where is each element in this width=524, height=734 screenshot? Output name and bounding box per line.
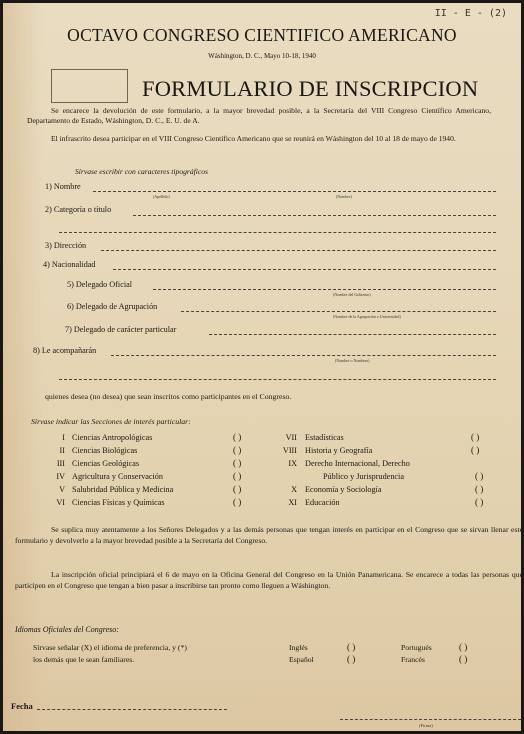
section-name: Salubridad Pública y Medicina — [72, 485, 173, 494]
categoria-label: 2) Categoría o título — [45, 205, 111, 214]
language-option-ingles: Inglés — [289, 643, 308, 652]
section-row: IX Derecho Internacional, Derecho — [275, 459, 497, 472]
acompanaran-input-line[interactable] — [111, 355, 496, 356]
nombre-input-line[interactable] — [93, 191, 496, 192]
languages-instruction-line-1: Sírvase señalar (X) el idioma de prefere… — [33, 643, 187, 652]
section-checkbox[interactable]: ( ) — [471, 445, 479, 455]
notes-paragraph-1: Se suplica muy atentamente a los Señores… — [15, 524, 521, 546]
section-number: I — [33, 433, 65, 442]
office-use-box — [51, 69, 128, 103]
section-number: III — [33, 459, 65, 468]
section-row: V Salubridad Pública y Medicina ( ) — [33, 485, 255, 498]
form-title: FORMULARIO DE INSCRIPCION — [142, 76, 478, 102]
section-name: Estadísticas — [305, 433, 344, 442]
fecha-input-line[interactable] — [37, 709, 227, 710]
sections-left-column: I Ciencias Antropológicas ( ) II Ciencia… — [33, 433, 255, 511]
section-name: Economía y Sociología — [305, 485, 381, 494]
intro-paragraph-2: El infrascrito desea participar en el VI… — [27, 134, 491, 144]
acompanaran-input-line-2[interactable] — [59, 379, 496, 380]
categoria-input-line-2[interactable] — [59, 232, 496, 233]
section-number: VII — [275, 433, 297, 442]
fecha-label: Fecha — [11, 701, 33, 711]
nacionalidad-label: 4) Nacionalidad — [43, 260, 96, 269]
categoria-input-line[interactable] — [133, 215, 496, 216]
acompanaran-sublabel: (Nombre o Nombres) — [335, 358, 369, 363]
section-name: Historia y Geografía — [305, 446, 372, 455]
section-number: II — [33, 446, 65, 455]
nombre-sublabel-apellido: (Apellido) — [153, 194, 170, 199]
delegado-agrupacion-input-line[interactable] — [181, 311, 496, 312]
delegado-agrupacion-label: 6) Delegado de Agrupación — [67, 302, 157, 311]
delegado-oficial-label: 5) Delegado Oficial — [67, 280, 132, 289]
section-row: VIII Historia y Geografía ( ) — [275, 446, 497, 459]
direccion-input-line[interactable] — [101, 250, 496, 251]
section-name: Educación — [305, 498, 340, 507]
section-checkbox[interactable]: ( ) — [233, 445, 241, 455]
delegado-particular-input-line[interactable] — [209, 334, 496, 335]
section-number: V — [33, 485, 65, 494]
acompanaran-label: 8) Le acompañarán — [33, 346, 96, 355]
languages-instruction-line-2: los demás que le sean familiares. — [33, 655, 134, 664]
delegado-agrupacion-sublabel: (Nombre de la Agrupación o Universidad) — [333, 314, 401, 319]
section-name: Agricultura y Conservación — [72, 472, 163, 481]
section-number: VI — [33, 498, 65, 507]
section-number: X — [275, 485, 297, 494]
section-checkbox[interactable]: ( ) — [233, 497, 241, 507]
congress-title: OCTAVO CONGRESO CIENTIFICO AMERICANO — [3, 25, 521, 46]
section-row: III Ciencias Geológicas ( ) — [33, 459, 255, 472]
language-option-frances: Francés — [401, 655, 425, 664]
section-checkbox[interactable]: ( ) — [475, 484, 483, 494]
nombre-label: 1) Nombre — [45, 182, 81, 191]
section-row: XI Educación ( ) — [275, 498, 497, 511]
delegado-oficial-input-line[interactable] — [153, 289, 496, 290]
section-row-continuation: Público y Jurisprudencia ( ) — [275, 472, 497, 485]
section-name: Ciencias Biológicas — [72, 446, 137, 455]
section-number: IX — [275, 459, 297, 468]
intro-paragraph-1: Se encarece la devolución de este formul… — [27, 106, 491, 126]
section-checkbox[interactable]: ( ) — [233, 458, 241, 468]
section-checkbox[interactable]: ( ) — [475, 471, 483, 481]
section-row: II Ciencias Biológicas ( ) — [33, 446, 255, 459]
section-checkbox[interactable]: ( ) — [233, 484, 241, 494]
section-name-continued: Público y Jurisprudencia — [323, 472, 404, 481]
section-row: X Economía y Sociología ( ) — [275, 485, 497, 498]
participants-note: quienes desea (no desea) que sean inscri… — [45, 392, 291, 402]
section-name: Derecho Internacional, Derecho — [305, 459, 410, 468]
language-checkbox-ingles[interactable]: ( ) — [347, 642, 355, 652]
language-option-espanol: Español — [289, 655, 314, 664]
section-checkbox[interactable]: ( ) — [475, 497, 483, 507]
section-row: VI Ciencias Físicas y Químicas ( ) — [33, 498, 255, 511]
nombre-sublabel-nombre: (Nombre) — [336, 194, 352, 199]
section-name: Ciencias Físicas y Químicas — [72, 498, 165, 507]
section-row: IV Agricultura y Conservación ( ) — [33, 472, 255, 485]
section-checkbox[interactable]: ( ) — [233, 471, 241, 481]
delegado-particular-label: 7) Delegado de carácter particular — [65, 325, 176, 334]
section-number: VIII — [275, 446, 297, 455]
notes-paragraph-2: La inscripción oficial principiará el 6 … — [15, 569, 521, 591]
direccion-label: 3) Dirección — [45, 241, 86, 250]
nacionalidad-input-line[interactable] — [113, 269, 496, 270]
section-number: IV — [33, 472, 65, 481]
typing-instruction: Sírvase escribir con caracteres tipográf… — [75, 167, 208, 176]
sections-heading: Sírvase indicar las Secciones de interés… — [31, 417, 191, 426]
firma-input-line[interactable] — [340, 719, 521, 720]
section-name: Ciencias Antropológicas — [72, 433, 152, 442]
inscription-form-page: II - E - (2) OCTAVO CONGRESO CIENTIFICO … — [3, 3, 521, 731]
section-row: I Ciencias Antropológicas ( ) — [33, 433, 255, 446]
archive-stamp: II - E - (2) — [435, 8, 507, 19]
languages-heading: Idiomas Oficiales del Congreso: — [15, 625, 119, 634]
language-option-portugues: Portugués — [401, 643, 432, 652]
delegado-oficial-sublabel: (Nombre del Gobierno) — [333, 292, 371, 297]
section-checkbox[interactable]: ( ) — [233, 432, 241, 442]
language-checkbox-portugues[interactable]: ( ) — [459, 642, 467, 652]
congress-subtitle: Wáshington, D. C., Mayo 10-18, 1940 — [3, 52, 521, 60]
section-name: Ciencias Geológicas — [72, 459, 139, 468]
language-checkbox-espanol[interactable]: ( ) — [347, 654, 355, 664]
section-row: VII Estadísticas ( ) — [275, 433, 497, 446]
sections-right-column: VII Estadísticas ( ) VIII Historia y Geo… — [275, 433, 497, 511]
section-number: XI — [275, 498, 297, 507]
firma-label: (Firma) — [419, 723, 433, 728]
section-checkbox[interactable]: ( ) — [471, 432, 479, 442]
language-checkbox-frances[interactable]: ( ) — [459, 654, 467, 664]
